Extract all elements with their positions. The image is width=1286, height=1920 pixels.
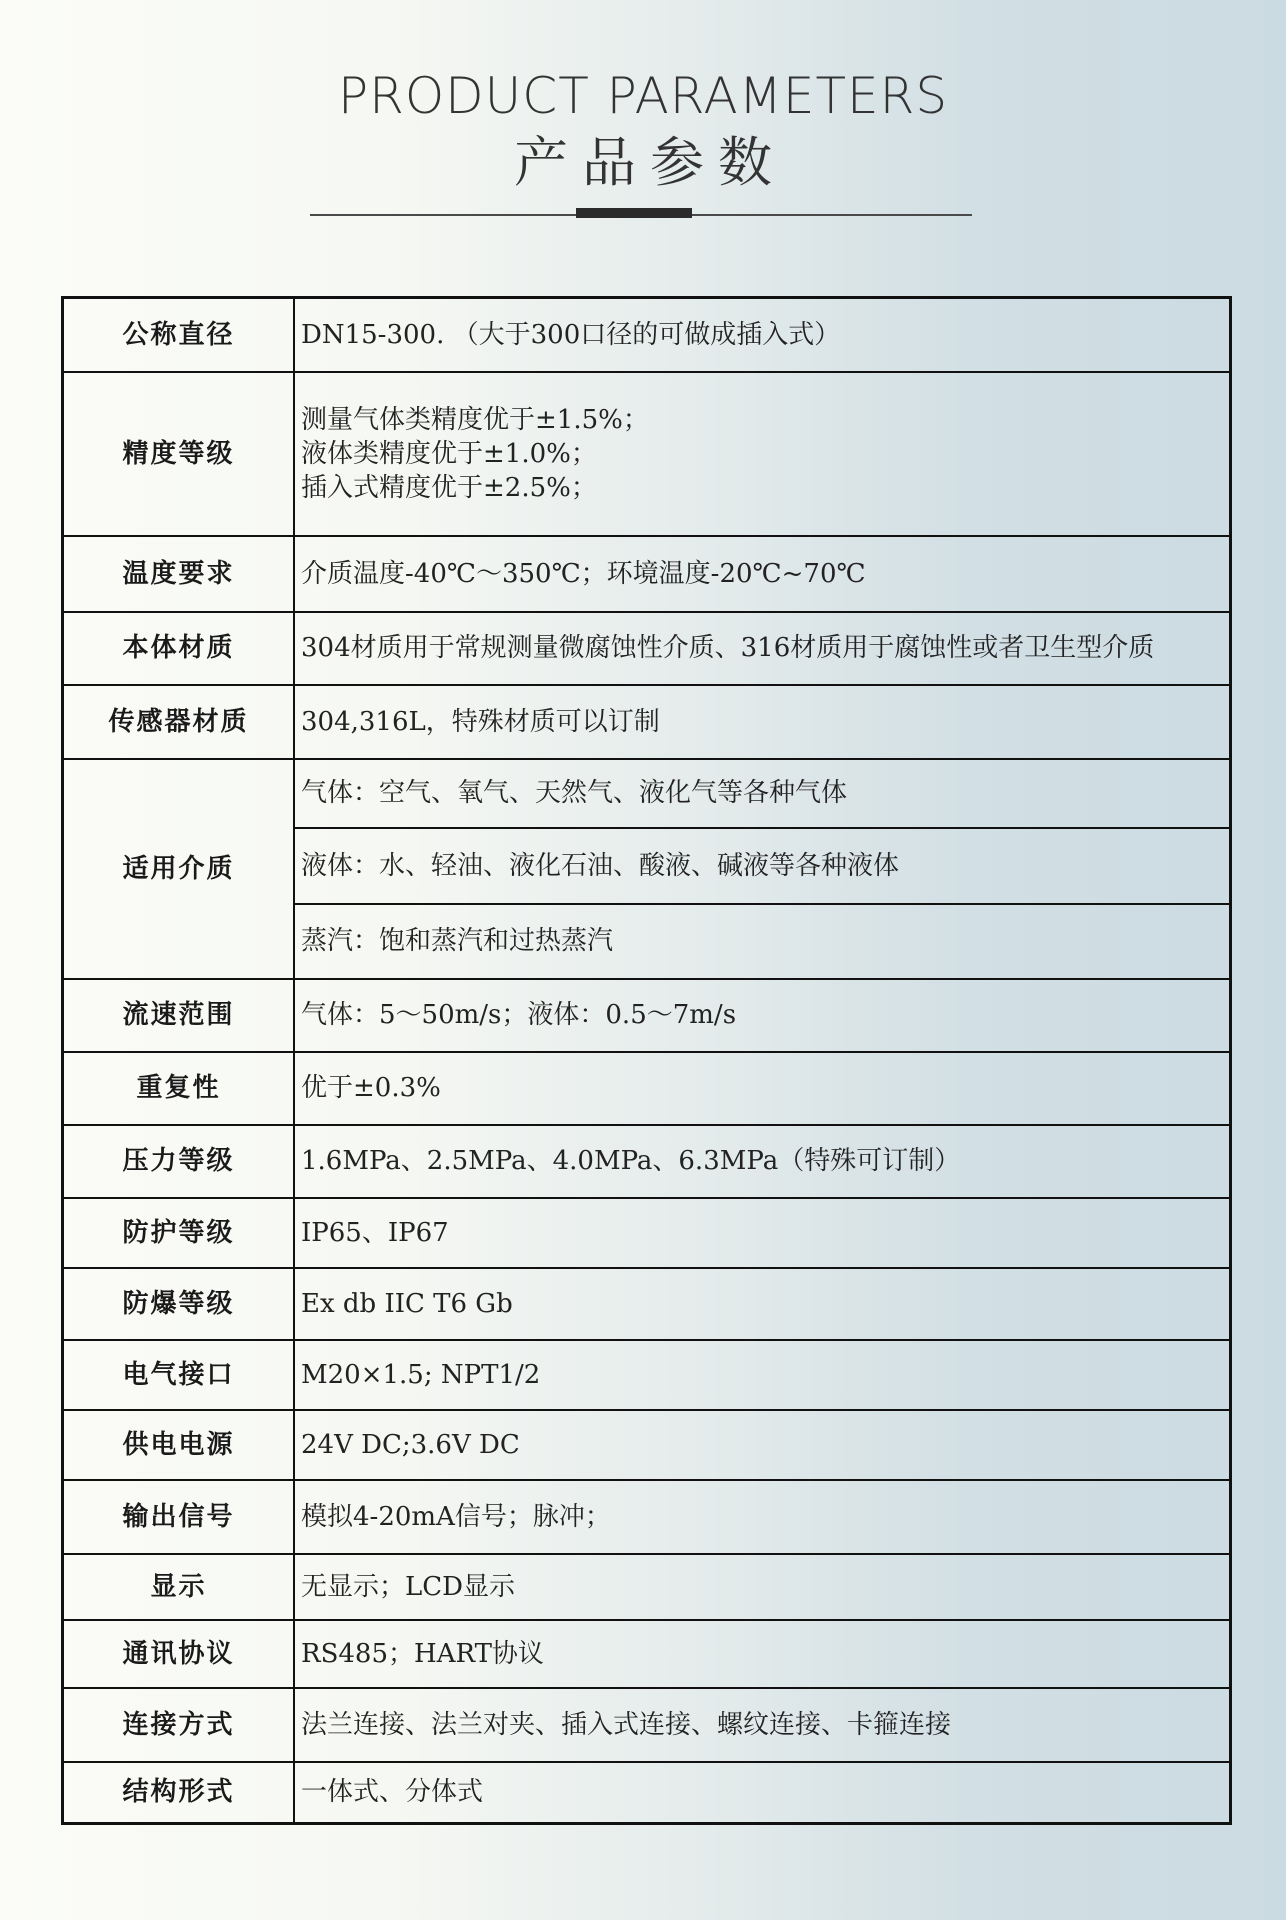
table-row: 公称直径 DN15-300. （大于300口径的可做成插入式）: [63, 298, 1231, 372]
param-label: 结构形式: [63, 1762, 295, 1824]
param-value: 法兰连接、法兰对夹、插入式连接、螺纹连接、卡箍连接: [294, 1688, 1231, 1762]
table-row: 流速范围 气体：5～50m/s；液体：0.5～7m/s: [63, 979, 1231, 1052]
param-value: IP65、IP67: [294, 1198, 1231, 1268]
param-label: 本体材质: [63, 612, 295, 685]
parameters-table: 公称直径 DN15-300. （大于300口径的可做成插入式） 精度等级 测量气…: [61, 296, 1232, 1825]
table-row: 显示 无显示；LCD显示: [63, 1554, 1231, 1620]
table-row: 重复性 优于±0.3%: [63, 1052, 1231, 1125]
param-label: 连接方式: [63, 1688, 295, 1762]
param-label: 压力等级: [63, 1125, 295, 1198]
param-value: DN15-300. （大于300口径的可做成插入式）: [294, 298, 1231, 372]
param-value: Ex db IIC T6 Gb: [294, 1268, 1231, 1340]
param-value: 1.6MPa、2.5MPa、4.0MPa、6.3MPa（特殊可订制）: [294, 1125, 1231, 1198]
table-row: 防爆等级 Ex db IIC T6 Gb: [63, 1268, 1231, 1340]
param-value: 优于±0.3%: [294, 1052, 1231, 1125]
param-value: 24V DC;3.6V DC: [294, 1410, 1231, 1480]
table-row: 精度等级 测量气体类精度优于±1.5%； 液体类精度优于±1.0%； 插入式精度…: [63, 372, 1231, 536]
page-header: PRODUCT PARAMETERS 产品参数: [0, 0, 1286, 230]
table-row: 传感器材质 304,316L，特殊材质可以订制: [63, 685, 1231, 759]
table-row: 通讯协议 RS485；HART协议: [63, 1620, 1231, 1688]
table-row: 温度要求 介质温度-40℃～350℃；环境温度-20℃~70℃: [63, 536, 1231, 612]
param-value: 液体：水、轻油、液化石油、酸液、碱液等各种液体: [294, 828, 1231, 904]
param-label: 防护等级: [63, 1198, 295, 1268]
param-value: 测量气体类精度优于±1.5%； 液体类精度优于±1.0%； 插入式精度优于±2.…: [294, 372, 1231, 536]
param-value-line: 测量气体类精度优于±1.5%；: [301, 403, 1229, 437]
title-chinese: 产品参数: [0, 130, 1286, 196]
param-value: M20×1.5; NPT1/2: [294, 1340, 1231, 1410]
param-value: RS485；HART协议: [294, 1620, 1231, 1688]
param-label: 精度等级: [63, 372, 295, 536]
param-label: 传感器材质: [63, 685, 295, 759]
table-row: 输出信号 模拟4-20mA信号；脉冲；: [63, 1480, 1231, 1554]
param-label: 防爆等级: [63, 1268, 295, 1340]
param-label: 重复性: [63, 1052, 295, 1125]
param-label: 电气接口: [63, 1340, 295, 1410]
table-row: 适用介质 气体：空气、氧气、天然气、液化气等各种气体: [63, 759, 1231, 828]
param-label: 通讯协议: [63, 1620, 295, 1688]
param-label: 温度要求: [63, 536, 295, 612]
param-value: 304,316L，特殊材质可以订制: [294, 685, 1231, 759]
title-divider-accent: [576, 208, 692, 218]
param-label: 公称直径: [63, 298, 295, 372]
table-row: 本体材质 304材质用于常规测量微腐蚀性介质、316材质用于腐蚀性或者卫生型介质: [63, 612, 1231, 685]
title-english: PRODUCT PARAMETERS: [0, 66, 1286, 126]
param-label: 供电电源: [63, 1410, 295, 1480]
param-value: 介质温度-40℃～350℃；环境温度-20℃~70℃: [294, 536, 1231, 612]
param-value: 304材质用于常规测量微腐蚀性介质、316材质用于腐蚀性或者卫生型介质: [294, 612, 1231, 685]
param-value: 气体：空气、氧气、天然气、液化气等各种气体: [294, 759, 1231, 828]
param-value-line: 液体类精度优于±1.0%；: [301, 437, 1229, 471]
table-row: 防护等级 IP65、IP67: [63, 1198, 1231, 1268]
param-value: 模拟4-20mA信号；脉冲；: [294, 1480, 1231, 1554]
param-label: 输出信号: [63, 1480, 295, 1554]
table-row: 压力等级 1.6MPa、2.5MPa、4.0MPa、6.3MPa（特殊可订制）: [63, 1125, 1231, 1198]
param-label: 适用介质: [63, 759, 295, 979]
param-value-line: 插入式精度优于±2.5%；: [301, 471, 1229, 505]
param-value: 无显示；LCD显示: [294, 1554, 1231, 1620]
table-row: 电气接口 M20×1.5; NPT1/2: [63, 1340, 1231, 1410]
table-row: 结构形式 一体式、分体式: [63, 1762, 1231, 1824]
table-row: 连接方式 法兰连接、法兰对夹、插入式连接、螺纹连接、卡箍连接: [63, 1688, 1231, 1762]
table-row: 供电电源 24V DC;3.6V DC: [63, 1410, 1231, 1480]
param-label: 显示: [63, 1554, 295, 1620]
param-value: 气体：5～50m/s；液体：0.5～7m/s: [294, 979, 1231, 1052]
param-label: 流速范围: [63, 979, 295, 1052]
param-value: 蒸汽：饱和蒸汽和过热蒸汽: [294, 904, 1231, 979]
param-value: 一体式、分体式: [294, 1762, 1231, 1824]
